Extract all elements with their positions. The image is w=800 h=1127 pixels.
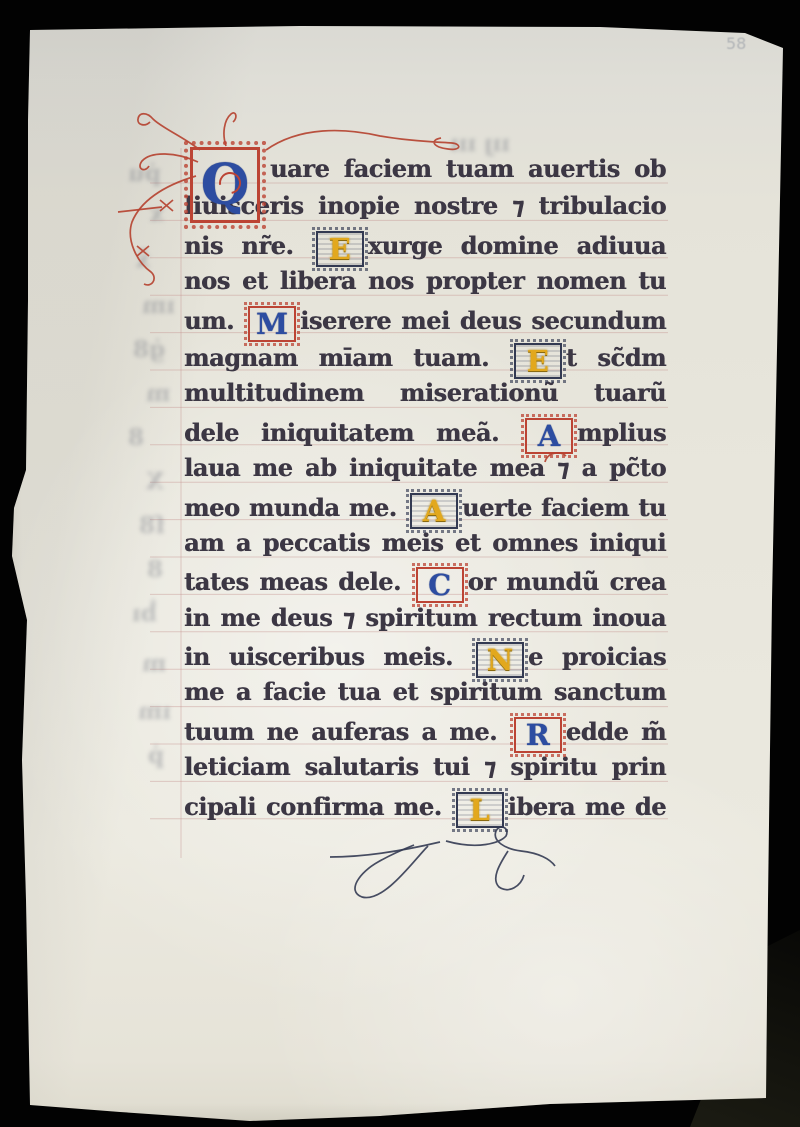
illuminated-initial-a: A bbox=[410, 493, 458, 529]
line-text: e proicias bbox=[528, 642, 666, 671]
illuminated-initial-a: A bbox=[525, 418, 573, 454]
illuminated-initial-e: E bbox=[514, 343, 562, 379]
line-text: cipali confirma me. bbox=[184, 792, 452, 821]
text-line: dele iniquitatem meã. Amplius bbox=[184, 413, 666, 450]
line-text: uerte faciem tu bbox=[462, 493, 666, 522]
illuminated-initial-q: Q bbox=[190, 147, 260, 223]
text-line: um. Miserere mei deus secundum bbox=[184, 301, 666, 338]
text-line: nis nr̃e. Exurge domine adiuua bbox=[184, 226, 666, 263]
line-text: xurge domine adiuua bbox=[368, 231, 666, 260]
line-text: in me deus ⁊ spiritum rectum inoua bbox=[184, 603, 666, 632]
text-line: meo munda me. Auerte faciem tu bbox=[184, 488, 666, 525]
line-text: t sc̃dm bbox=[566, 343, 666, 372]
line-text: edde m̃ bbox=[566, 717, 666, 746]
line-text: or mundũ crea bbox=[468, 567, 666, 596]
text-line: me a facie tua et spiritum sanctum bbox=[184, 674, 666, 711]
line-text: multitudinem miserationũ tuarũ bbox=[184, 378, 666, 407]
text-line: magnam mīam tuam. Et sc̃dm bbox=[184, 338, 666, 375]
illuminated-initial-c: C bbox=[416, 567, 464, 603]
line-text: am a peccatis meis et omnes iniqui bbox=[184, 528, 666, 557]
line-text: mplius bbox=[577, 418, 666, 447]
line-text: dele iniquitatem meã. bbox=[184, 418, 521, 447]
line-text: in uisceribus meis. bbox=[184, 642, 472, 671]
text-line: am a peccatis meis et omnes iniqui bbox=[184, 525, 666, 562]
line-text: nos et libera nos propter nomen tu bbox=[184, 266, 666, 295]
line-text: um. bbox=[184, 306, 244, 335]
illuminated-initial-e: E bbox=[316, 231, 364, 267]
folio-number: 58 bbox=[726, 34, 746, 53]
text-line: tuum ne auferas a me. Redde m̃ bbox=[184, 712, 666, 749]
illuminated-initial-r: R bbox=[514, 717, 562, 753]
text-block: uare faciem tuam auertis obliuisceris in… bbox=[184, 151, 666, 824]
text-line: nos et libera nos propter nomen tu bbox=[184, 263, 666, 300]
line-text: ibera me de bbox=[508, 792, 666, 821]
illuminated-initial-n: N bbox=[476, 642, 524, 678]
manuscript-photo: ṗuxx̃ımġ8m8Xſ88ḃımımṗııȷ ııı 58 uare fac… bbox=[0, 0, 800, 1127]
line-text: laua me ab iniquitate mea ⁊ a pc̃to bbox=[184, 453, 666, 482]
text-line: cipali confirma me. Libera me de bbox=[184, 787, 666, 824]
illuminated-initial-l: L bbox=[456, 792, 504, 828]
line-text: tuum ne auferas a me. bbox=[184, 717, 510, 746]
text-line: laua me ab iniquitate mea ⁊ a pc̃to bbox=[184, 450, 666, 487]
line-text: iserere mei deus secundum bbox=[300, 306, 666, 335]
line-text: me a facie tua et spiritum sanctum bbox=[184, 677, 666, 706]
text-line: multitudinem miserationũ tuarũ bbox=[184, 375, 666, 412]
illuminated-initial-m: M bbox=[248, 306, 296, 342]
line-text: meo munda me. bbox=[184, 493, 406, 522]
line-text: tates meas dele. bbox=[184, 567, 412, 596]
line-text: nis nr̃e. bbox=[184, 231, 312, 260]
line-text: uare faciem tuam auertis ob bbox=[270, 154, 666, 183]
line-text: leticiam salutaris tui ⁊ spiritu prin bbox=[184, 752, 666, 781]
text-line: in uisceribus meis. Ne proicias bbox=[184, 637, 666, 674]
text-line: leticiam salutaris tui ⁊ spiritu prin bbox=[184, 749, 666, 786]
text-line: tates meas dele. Cor mundũ crea bbox=[184, 562, 666, 599]
text-line: in me deus ⁊ spiritum rectum inoua bbox=[184, 600, 666, 637]
line-text: magnam mīam tuam. bbox=[184, 343, 510, 372]
